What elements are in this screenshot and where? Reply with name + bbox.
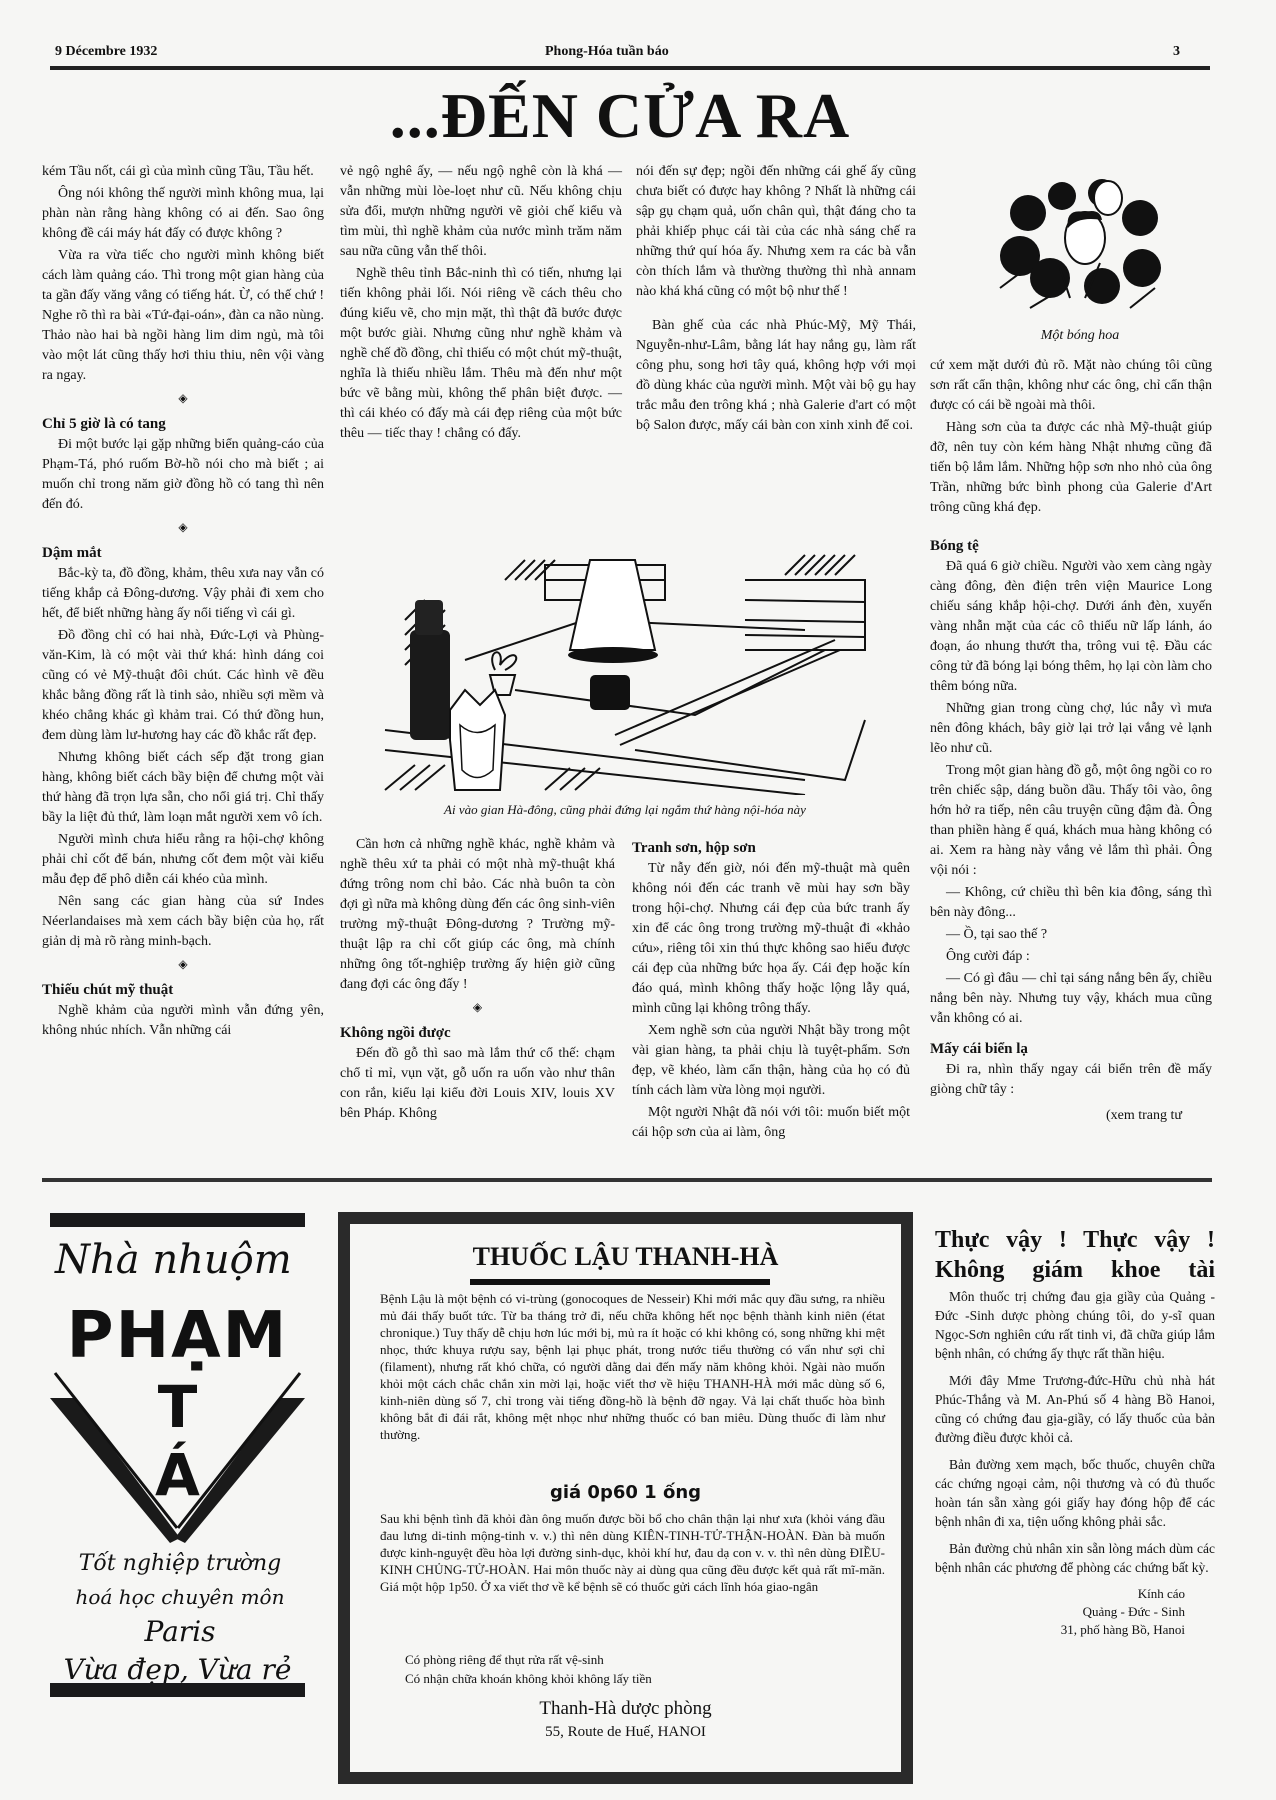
ads-divider-rule [42,1178,1212,1182]
paragraph: Hàng sơn của ta được các nhà Mỹ-thuật gi… [930,418,1212,518]
paragraph: Môn thuốc trị chứng đau gịa giầy của Quả… [935,1287,1215,1363]
paragraph: Một người Nhật đã nói với tôi: muốn biết… [632,1103,910,1143]
paragraph: Người mình chưa hiểu rằng ra hội-chợ khô… [42,830,324,890]
section-heading: Bóng tệ [930,536,1212,556]
page-number: 3 [1173,44,1180,60]
ad-title-line2: Không giám khoe tài [935,1255,1215,1285]
title-underline [470,1279,770,1285]
pharmacy-address: 55, Route de Huế, HANOI [350,1724,901,1741]
paragraph: Ông cười đáp : [930,947,1212,967]
paragraph: Nghề thêu tỉnh Bắc-ninh thì có tiến, như… [340,264,622,444]
diamond-ornament-icon: ◈ [42,388,324,408]
diamond-ornament-icon: ◈ [42,517,324,537]
paragraph: Ông nói không thế người mình không mua, … [42,184,324,244]
ad-price: giá 0p60 1 ống [350,1482,901,1503]
diamond-ornament-icon: ◈ [340,997,615,1017]
paragraph: vẻ ngộ nghê ấy, — nếu ngộ nghê còn là kh… [340,162,622,262]
section-heading: Mấy cái biển lạ [930,1039,1212,1059]
workshop-table-illustration [365,540,885,795]
paragraph: — Ồ, tại sao thế ? [930,925,1212,945]
article-headline: ...ĐẾN CỬA RA [340,84,900,148]
ad-note: Có nhận chữa khoán không khỏi không lấy … [405,1671,652,1687]
ad-bottom-bar [50,1683,305,1697]
thanh-ha-pharmacy-ad: THUỐC LẬU THANH-HÀ Bệnh Lậu là một bệnh … [338,1212,913,1784]
paragraph: Đã quá 6 giờ chiều. Người vào xem càng n… [930,557,1212,697]
section-heading: Không ngồi được [340,1023,615,1043]
ad-title-line1: Thực vậy ! Thực vậy ! [935,1225,1215,1255]
ad-script-line: Paris [70,1615,290,1648]
ad-script-line: Vừa đẹp, Vừa rẻ [50,1653,305,1686]
article-column-4: cứ xem mặt dưới đủ rõ. Mặt nào chúng tôi… [930,356,1212,1126]
paragraph: Đi ra, nhìn thấy ngay cái biển trên đề m… [930,1060,1212,1100]
ad-body: Môn thuốc trị chứng đau gịa giầy của Quả… [935,1287,1215,1577]
ad-script-heading: Nhà nhuộm [55,1237,292,1283]
paragraph: Nghề khảm của người mình vẫn đứng yên, k… [42,1001,324,1041]
illustration-caption: Một bóng hoa [990,328,1170,344]
ad-name-line3: Á [50,1441,305,1509]
paragraph: Đến đồ gỗ thì sao mà lắm thứ cổ thế: chạ… [340,1044,615,1124]
diamond-ornament-icon: ◈ [42,954,324,974]
ad-name-line1: PHẠM [50,1299,305,1373]
ad-name-line2: T [50,1373,305,1441]
pham-ta-dye-shop-ad: Nhà nhuộm PHẠM T Á Tốt nghiệp trường hoá… [50,1213,305,1778]
group-of-heads-illustration [990,168,1170,323]
signature-address: 31, phố hàng Bồ, Hanoi [935,1621,1215,1639]
paragraph: Trong một gian hàng đồ gỗ, một ông ngồi … [930,761,1212,881]
article-column-1: kém Tầu nốt, cái gì của mình cũng Tầu, T… [42,162,324,1043]
ad-script-line: hoá học chuyên môn [60,1585,300,1609]
paragraph: Vừa ra vừa tiếc cho người mình không biế… [42,246,324,386]
paragraph: Bản đường chủ nhân xin sẵn lòng mách dùm… [935,1539,1215,1577]
paragraph: Nên sang các gian hàng của sứ Indes Néer… [42,892,324,952]
article-column-3: nói đến sự đẹp; ngồi đến những cái ghế ấ… [636,162,916,438]
signature-line: Quảng - Đức - Sinh [935,1603,1215,1621]
section-heading: Dậm mắt [42,543,324,563]
paragraph: — Không, cứ chiều thì bên kia đông, sáng… [930,883,1212,923]
pharmacy-name: Thanh-Hà dược phòng [350,1698,901,1720]
masthead-rule [50,66,1210,70]
section-heading: Tranh sơn, hộp sơn [632,838,910,858]
ad-note: Có phòng riêng để thụt rửa rất vệ-sinh [405,1652,604,1668]
paragraph: nói đến sự đẹp; ngồi đến những cái ghế ấ… [636,162,916,302]
article-column-2b: Cần hơn cả những nghề khác, nghề khảm và… [340,835,615,1126]
section-heading: Chỉ 5 giờ là có tang [42,414,324,434]
paragraph: Bắc-kỳ ta, đồ đồng, khảm, thêu xưa nay v… [42,564,324,624]
paragraph: Đồ đồng chỉ có hai nhà, Đức-Lợi và Phùng… [42,626,324,746]
paragraph: Xem nghề sơn của người Nhật bầy trong mộ… [632,1021,910,1101]
paragraph: Bản đường xem mạch, bốc thuốc, chuyên ch… [935,1455,1215,1531]
paragraph: Từ nẫy đến giờ, nói đến mỹ-thuật mà quên… [632,859,910,1019]
paragraph: Bàn ghế của các nhà Phúc-Mỹ, Mỹ Thái, Ng… [636,316,916,436]
ad-title: THUỐC LẬU THANH-HÀ [350,1242,901,1272]
paragraph: cứ xem mặt dưới đủ rõ. Mặt nào chúng tôi… [930,356,1212,416]
paragraph: Cần hơn cả những nghề khác, nghề khảm và… [340,835,615,995]
paragraph: Những gian trong cùng chợ, lúc nẫy vì mư… [930,699,1212,759]
paragraph: — Có gì đâu — chỉ tại sáng nắng bên ấy, … [930,969,1212,1029]
section-heading: Thiếu chút mỹ thuật [42,980,324,1000]
ad-body-text: Bệnh Lậu là một bệnh có vi-trùng (gonoco… [380,1290,885,1443]
paragraph: kém Tầu nốt, cái gì của mình cũng Tầu, T… [42,162,324,182]
article-column-2: vẻ ngộ nghê ấy, — nếu ngộ nghê còn là kh… [340,162,622,446]
illustration-caption: Ai vào gian Hà-đông, cũng phải đứng lại … [365,802,885,818]
paragraph: Nhưng không biết cách sếp đặt trong gian… [42,748,324,828]
ad-body-text-2: Sau khi bệnh tình đã khỏi đàn ông muốn đ… [380,1510,885,1595]
issue-date: 9 Décembre 1932 [55,44,157,60]
ad-script-line: Tốt nghiệp trường [70,1551,290,1576]
paragraph: Đi một bước lại gặp những biển quảng-cáo… [42,435,324,515]
ad-top-bar [50,1213,305,1227]
signature-line: Kính cáo [935,1585,1215,1603]
paragraph: Mới đây Mme Trương-đức-Hữu chủ nhà hát P… [935,1371,1215,1447]
quang-duc-sinh-ad: Thực vậy ! Thực vậy ! Không giám khoe tà… [935,1225,1215,1639]
newspaper-title: Phong-Hóa tuần báo [545,44,669,60]
article-column-3b: Tranh sơn, hộp sơn Từ nẫy đến giờ, nói đ… [632,832,910,1145]
continued-note: (xem trang tư [930,1106,1212,1126]
